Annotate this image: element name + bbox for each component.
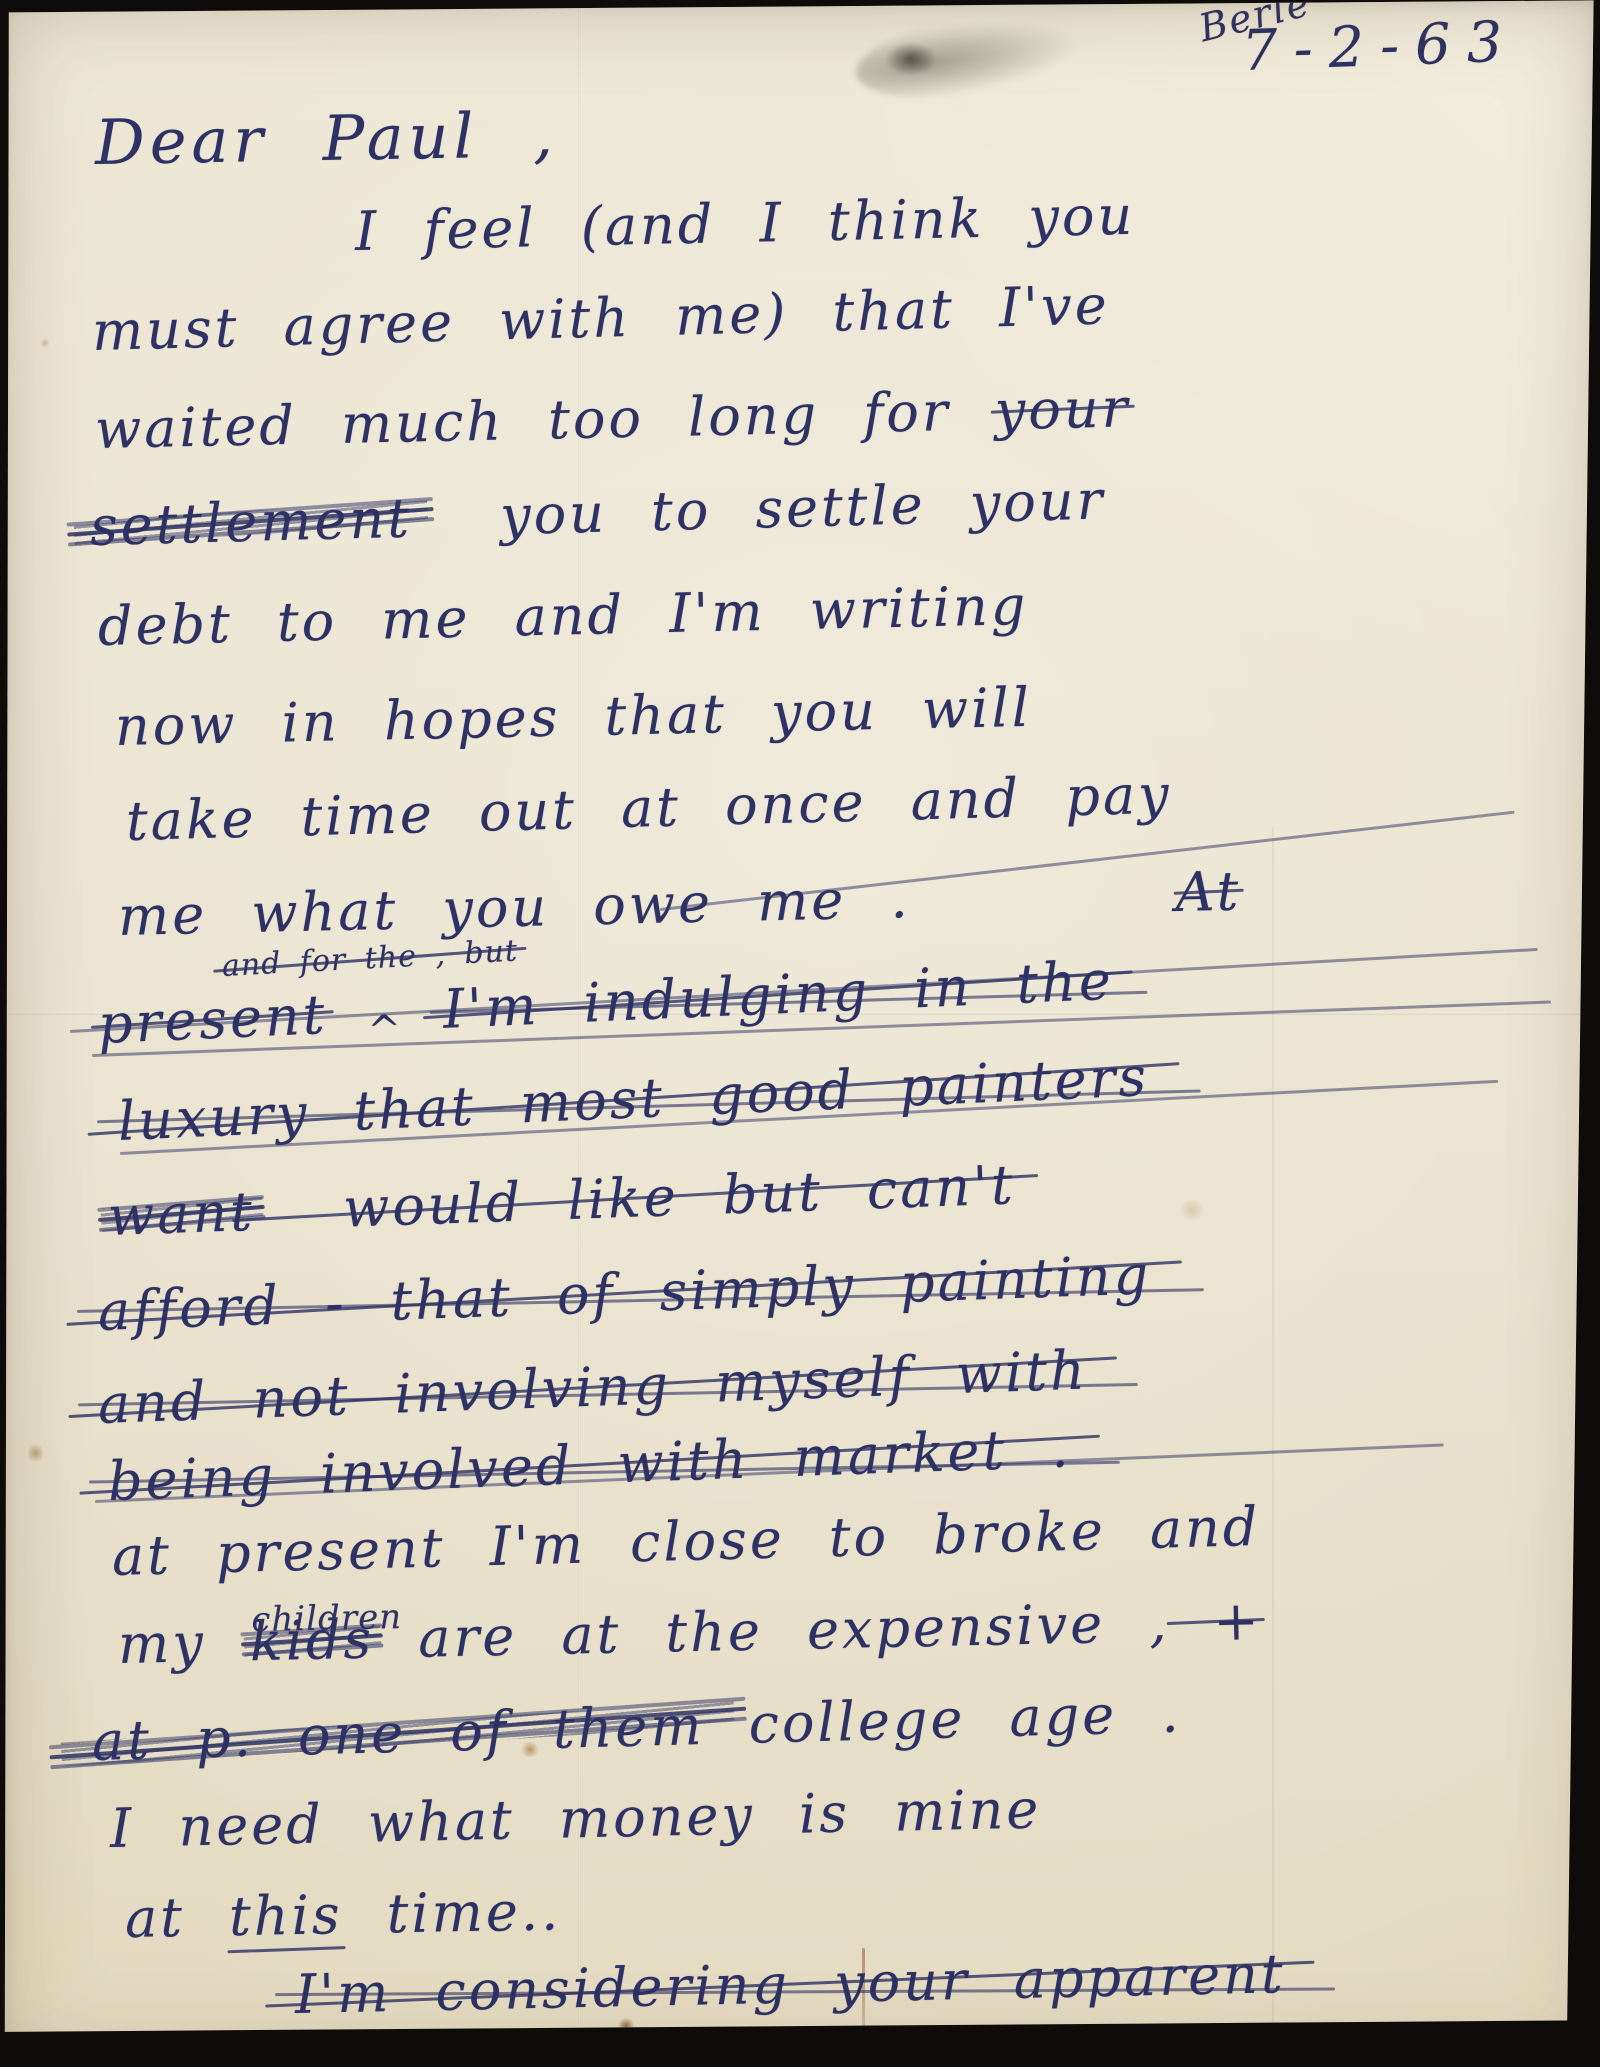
text-segment: are at the expensive ,: [374, 1596, 1170, 1667]
struck-text: luxury that most good painters: [117, 1050, 1150, 1149]
text-segment: at: [125, 1890, 230, 1946]
caret-mark: ^: [327, 1008, 445, 1053]
letter-line: at present I'm close to broke and: [111, 1500, 1261, 1584]
underlined-word: this: [229, 1888, 343, 1944]
letter-line: at this time..: [125, 1884, 562, 1946]
letter-line: being involved with market .: [107, 1421, 1072, 1509]
letter-line: at p. one of them college age .: [91, 1686, 1182, 1769]
text-segment: I need what money is mine: [109, 1782, 1041, 1855]
text-segment: time..: [342, 1884, 562, 1942]
vertical-fold-crease: [1272, 827, 1274, 2067]
struck-text: would like but can't: [254, 1158, 1017, 1239]
letter-line: must agree with me) that I've: [91, 278, 1110, 359]
struck-text: and not involving myself with: [97, 1343, 1089, 1432]
letter-line: my childrenkids are at the expensive , +: [117, 1594, 1262, 1672]
text-segment: my: [117, 1615, 250, 1672]
letter-line: I feel (and I think you: [354, 189, 1135, 259]
letter-line: I'm considering your apparent: [294, 1947, 1286, 2022]
text-segment: must agree with me) that I've: [91, 278, 1110, 359]
letter-line: settlement you to settle your: [89, 473, 1106, 554]
text-segment: I feel (and I think you: [354, 189, 1135, 259]
letter-line: luxury that most good painters: [117, 1050, 1150, 1149]
letter-date: 7-2-63: [1241, 14, 1519, 80]
scanned-letter: Berle 7-2-63 Dear Paul , I feel (and I t…: [0, 0, 1600, 2067]
scribbled-word: kids: [249, 1613, 374, 1670]
letter-line: I need what money is mine: [109, 1782, 1041, 1855]
fingerprint-smudge: [885, 42, 937, 76]
text-segment: 7-2-63: [1241, 14, 1519, 80]
letter-line: now in hopes that you will: [114, 681, 1032, 754]
text-segment: you to settle your: [411, 473, 1106, 545]
letter-line: afford - that of simply painting: [97, 1248, 1152, 1339]
struck-word: your: [994, 381, 1131, 438]
scribbled-word: want: [107, 1185, 256, 1244]
letter-line: debt to me and I'm writing: [97, 579, 1029, 654]
letter-line: and not involving myself with: [97, 1343, 1089, 1432]
text-segment: Dear Paul ,: [94, 104, 558, 174]
scribbled-text: at p. one of them: [91, 1699, 705, 1769]
text-segment: waited much too long for: [94, 384, 995, 457]
paper-stain: [40, 338, 50, 348]
text-segment: take time out at once and pay: [125, 768, 1172, 849]
letter-paper: Berle 7-2-63 Dear Paul , I feel (and I t…: [0, 0, 1600, 2067]
text-segment: me what you owe me .: [117, 866, 1176, 944]
salutation: Dear Paul ,: [94, 104, 558, 174]
struck-mark: +: [1169, 1594, 1263, 1650]
struck-text: I'm indulging in the: [442, 954, 1115, 1037]
text-segment: now in hopes that you will: [114, 681, 1032, 754]
insertion-group: childrenkids: [249, 1613, 374, 1670]
struck-text: I'm considering your apparent: [294, 1947, 1286, 2022]
text-segment: at present I'm close to broke and: [111, 1500, 1261, 1584]
struck-word: At: [1175, 865, 1242, 920]
letter-line: waited much too long for your: [94, 381, 1130, 457]
text-segment: debt to me and I'm writing: [97, 579, 1029, 654]
text-segment: college age .: [704, 1686, 1182, 1752]
letter-line: take time out at once and pay: [125, 768, 1172, 849]
paper-stain: [618, 2018, 634, 2034]
scribbled-word: settlement: [89, 492, 412, 554]
letter-line: me what you owe me . At: [117, 865, 1241, 944]
fingerprint-smudge: [851, 2, 1100, 113]
paper-stain: [1178, 1200, 1206, 1220]
struck-word: present: [97, 988, 329, 1052]
struck-text: afford - that of simply painting: [97, 1248, 1152, 1339]
paper-stain: [28, 1442, 43, 1464]
struck-text: being involved with market .: [107, 1421, 1072, 1509]
letter-line: want would like but can't: [107, 1158, 1016, 1244]
